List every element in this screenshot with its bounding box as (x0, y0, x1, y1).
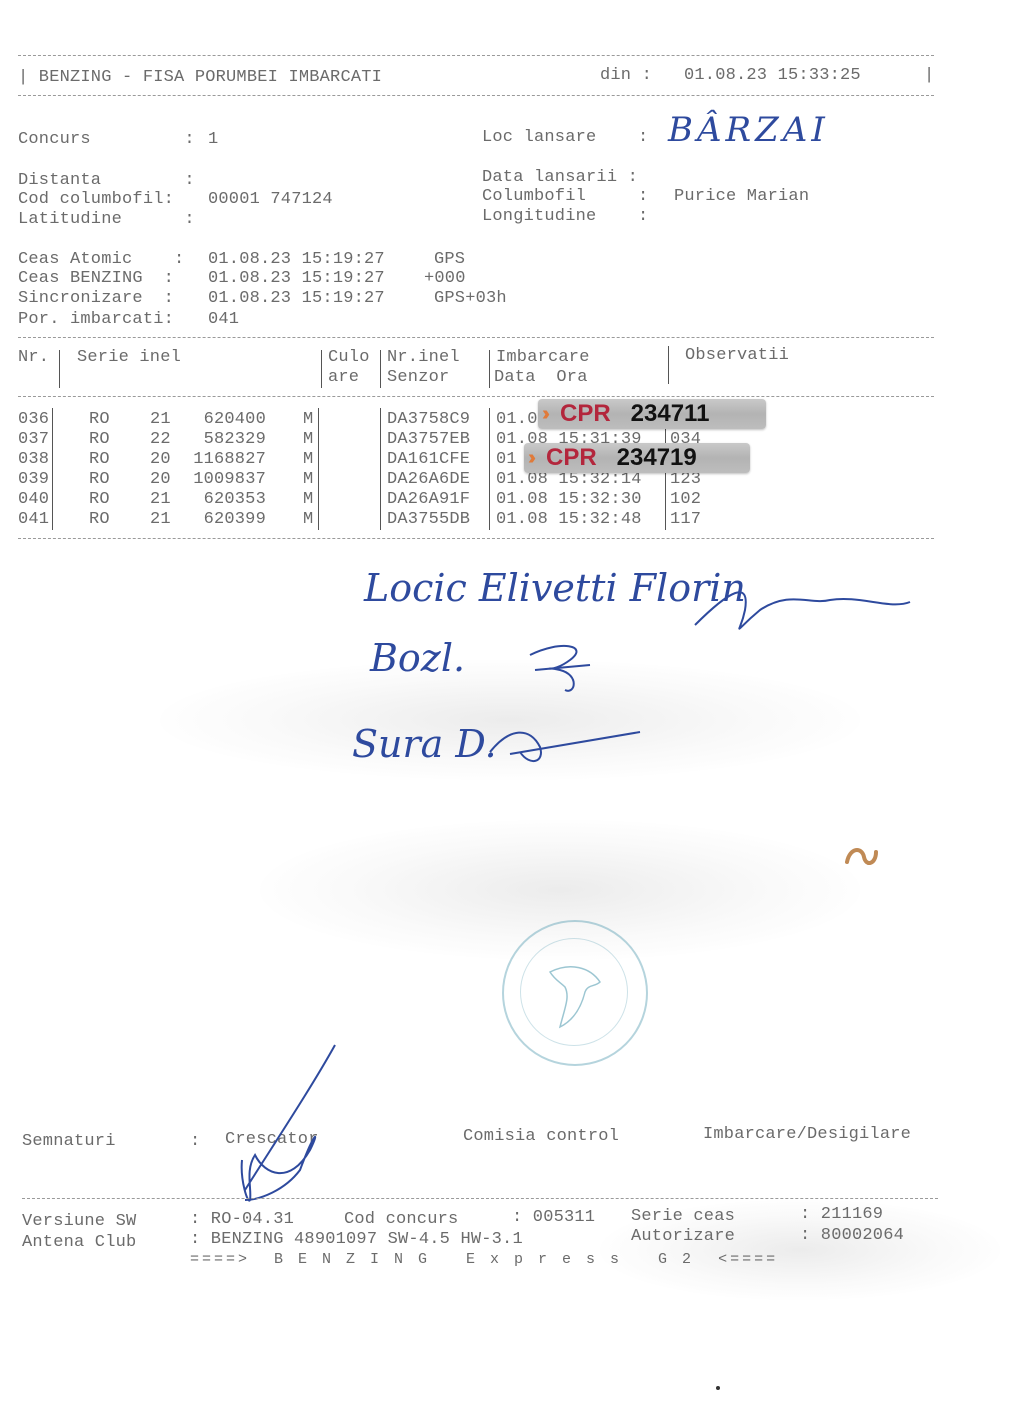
col-divider (380, 408, 381, 530)
cell-senzor: DA3755DB (387, 510, 470, 530)
cell-year: 21 (150, 410, 171, 430)
distanta-label: Distanta : (18, 171, 195, 191)
concurs-value: 1 (208, 130, 218, 150)
col-divider (321, 350, 322, 388)
loc-lansare-label: Loc lansare : (482, 128, 648, 148)
latitudine-label: Latitudine : (18, 210, 195, 230)
signature-scribble (520, 640, 600, 700)
report-date-value: 01.08.23 15:33:25 (684, 66, 861, 86)
report-date-label: din : (600, 66, 652, 86)
cpr-seal-sticker: ››› CPR 234719 (524, 443, 750, 473)
cod-concurs-value: : 005311 (512, 1208, 595, 1228)
ceas-benzing-suffix: +000 (424, 269, 466, 289)
sticker-chevron-icon: ››› (542, 403, 544, 426)
comisia-control-label: Comisia control (463, 1127, 619, 1147)
cell-year: 22 (150, 430, 171, 450)
cell-data-ora: 01.08 15:32:48 (496, 510, 642, 530)
pigeon-icon (540, 952, 610, 1032)
cell-senzor: DA161CFE (387, 450, 470, 470)
cell-country: RO (89, 510, 110, 530)
antena-club-label: Antena Club (22, 1233, 136, 1253)
cell-sex: M (303, 450, 313, 470)
cell-ring: 620400 (204, 410, 266, 430)
col-header-culoare-1: Culo (328, 348, 370, 368)
semnaturi-label: Semnaturi (22, 1132, 116, 1152)
ink-blot (842, 842, 882, 872)
footer-rule (22, 1198, 938, 1199)
col-divider (318, 408, 319, 530)
por-imbarcati-label: Por. imbarcati: (18, 310, 174, 330)
col-header-culoare-2: are (328, 368, 359, 388)
crescator-signature (230, 1040, 350, 1210)
cell-sex: M (303, 410, 313, 430)
col-divider (59, 350, 60, 388)
cell-nr: 037 (18, 430, 49, 450)
cell-data-ora: 01.08 15:32:30 (496, 490, 642, 510)
ceas-atomic-label: Ceas Atomic : (18, 250, 184, 270)
sticker-brand: CPR (560, 400, 611, 428)
serie-ceas-value: : 211169 (800, 1205, 883, 1225)
cell-country: RO (89, 410, 110, 430)
col-header-nr-inel-2: Senzor (387, 368, 449, 388)
cell-country: RO (89, 430, 110, 450)
cell-country: RO (89, 470, 110, 490)
cell-data-ora: 01.08 15:32:14 (496, 470, 642, 490)
table-top-rule (18, 337, 934, 338)
cell-obs: 117 (670, 510, 701, 530)
sticker-brand: CPR (546, 444, 597, 472)
cell-ring: 620353 (204, 490, 266, 510)
cell-year: 20 (150, 470, 171, 490)
semnaturi-colon: : (190, 1132, 200, 1152)
cell-sex: M (303, 430, 313, 450)
col-header-nr: Nr. (18, 348, 49, 368)
cell-nr: 038 (18, 450, 49, 470)
cod-columbofil-value: 00001 747124 (208, 190, 333, 210)
cell-senzor: DA26A6DE (387, 470, 470, 490)
ceas-atomic-value: 01.08.23 15:19:27 (208, 250, 385, 270)
handwritten-note: Locic Elivetti Florin (364, 566, 746, 610)
cell-data-ora: 01 (496, 450, 517, 470)
cell-year: 21 (150, 510, 171, 530)
cell-country: RO (89, 450, 110, 470)
cell-senzor: DA3758C9 (387, 410, 470, 430)
cell-obs: 102 (670, 490, 701, 510)
concurs-label: Concurs : (18, 130, 195, 150)
col-divider (668, 346, 669, 384)
sincronizare-suffix: GPS+03h (434, 289, 507, 309)
cell-nr: 040 (18, 490, 49, 510)
cell-senzor: DA3757EB (387, 430, 470, 450)
cell-nr: 041 (18, 510, 49, 530)
col-header-imbarcare-2: Data Ora (494, 368, 588, 388)
antena-club-value: : BENZING 48901097 SW-4.5 HW-3.1 (190, 1230, 523, 1250)
longitudine-label: Longitudine : (482, 207, 648, 227)
cell-ring: 582329 (204, 430, 266, 450)
handwritten-note: Sura D. (352, 722, 497, 766)
col-divider (380, 350, 381, 388)
cell-senzor: DA26A91F (387, 490, 470, 510)
loc-lansare-handwritten: BÂRZAI (668, 110, 829, 150)
data-lansarii-label: Data lansarii : (482, 168, 638, 188)
serie-ceas-label: Serie ceas (631, 1207, 735, 1227)
cod-columbofil-label: Cod columbofil: (18, 190, 174, 210)
col-header-observatii: Observatii (685, 346, 789, 366)
cell-country: RO (89, 490, 110, 510)
header-bottom-rule (18, 95, 934, 96)
cell-sex: M (303, 510, 313, 530)
columbofil-value: Purice Marian (674, 187, 809, 207)
header-top-rule (18, 55, 934, 56)
col-header-imbarcare-1: Imbarcare (496, 348, 590, 368)
sticker-number: 234719 (617, 444, 697, 472)
handwritten-note: Bozl. (370, 636, 477, 680)
club-stamp: ASOCIATIA COLUMBOFILA A JUDETULUI BOTOSA… (502, 920, 648, 1066)
cpr-seal-sticker: ››› CPR 234711 (538, 399, 766, 429)
benzing-express-banner: ====> B E N Z I N G E x p r e s s G 2 <=… (190, 1250, 778, 1270)
report-title: | BENZING - FISA PORUMBEI IMBARCATI (18, 68, 382, 88)
sticker-chevron-icon: ››› (528, 447, 530, 470)
columbofil-label: Columbofil : (482, 187, 648, 207)
imbarcare-desigilare-label: Imbarcare/Desigilare (703, 1125, 911, 1145)
cod-concurs-label: Cod concurs (344, 1210, 458, 1230)
cell-year: 20 (150, 450, 171, 470)
col-divider (489, 350, 490, 388)
cell-ring: 620399 (204, 510, 266, 530)
versiune-sw-value: : RO-04.31 (190, 1210, 294, 1230)
sincronizare-value: 01.08.23 15:19:27 (208, 289, 385, 309)
table-bottom-rule (18, 538, 934, 539)
table-header-rule (18, 396, 934, 397)
col-divider (489, 408, 490, 530)
cell-sex: M (303, 470, 313, 490)
cell-nr: 036 (18, 410, 49, 430)
autorizare-label: Autorizare (631, 1227, 735, 1247)
cell-sex: M (303, 490, 313, 510)
sincronizare-label: Sincronizare : (18, 289, 174, 309)
dot-mark (716, 1386, 720, 1390)
ceas-benzing-label: Ceas BENZING : (18, 269, 174, 289)
cell-nr: 039 (18, 470, 49, 490)
signature-scribble (690, 580, 920, 640)
header-right-bar: | (924, 66, 934, 86)
col-header-nr-inel-1: Nr.inel (387, 348, 460, 368)
cell-data-ora: 01.0 (496, 410, 538, 430)
cell-obs: 123 (670, 470, 701, 490)
versiune-sw-label: Versiune SW (22, 1212, 136, 1232)
autorizare-value: : 80002064 (800, 1226, 904, 1246)
signature-scribble (480, 722, 660, 772)
col-header-serie-inel: Serie inel (77, 348, 181, 368)
por-imbarcati-value: 041 (208, 310, 239, 330)
ceas-atomic-suffix: GPS (434, 250, 465, 270)
sticker-number: 234711 (631, 400, 710, 428)
col-divider (52, 408, 53, 530)
cell-year: 21 (150, 490, 171, 510)
cell-ring: 1168827 (193, 450, 266, 470)
ceas-benzing-value: 01.08.23 15:19:27 (208, 269, 385, 289)
cell-ring: 1009837 (193, 470, 266, 490)
